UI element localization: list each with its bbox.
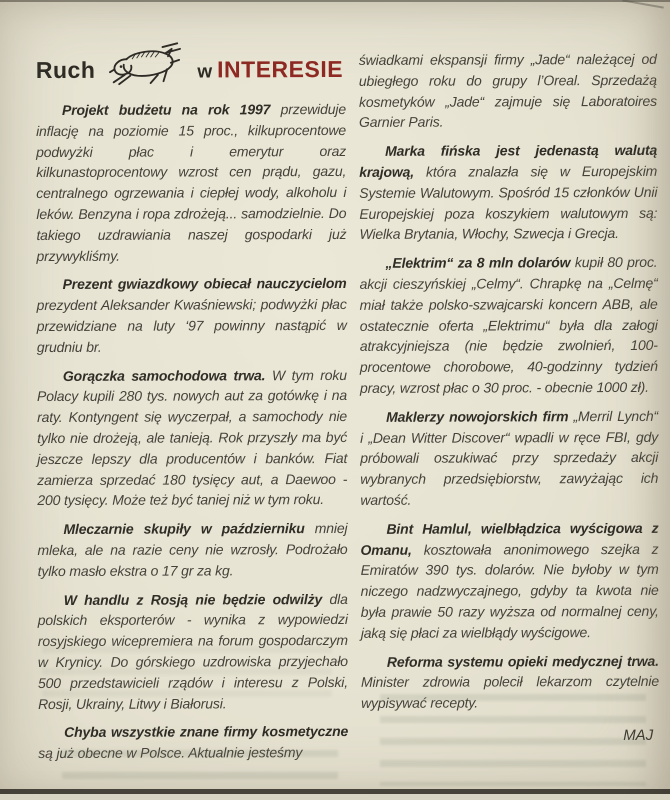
news-item-teachers: Prezent gwiazdkowy obiecał nauczycielom … xyxy=(37,273,347,357)
news-item-cosmetics: Chyba wszystkie znane firmy kosmetyczne … xyxy=(38,721,348,764)
news-item-body: kupił 80 proc. akcji cieszyńskiej „Celmy… xyxy=(360,254,658,396)
news-item-body: dla polskich eksporterów - wynika z wypo… xyxy=(38,590,348,711)
news-item-lead: W handlu z Rosją nie będzie odwilży xyxy=(64,591,322,608)
news-item-lead: Maklerzy nowojorskich firm xyxy=(386,408,568,425)
news-item-body: prezydent Aleksander Kwaśniewski; podwyż… xyxy=(37,296,347,355)
left-column: Ruch xyxy=(36,46,349,772)
news-item-lead: Chyba wszystkie znane firmy kosmetyczne xyxy=(64,723,348,740)
news-item-lead: Projekt budżetu na rok 1997 xyxy=(62,101,270,118)
news-item-elektrim: „Elektrim“ za 8 mln dolarów kupił 80 pro… xyxy=(359,252,658,399)
header-word-ruch: Ruch xyxy=(36,56,96,83)
header-word-group: w INTERESIE xyxy=(197,55,343,83)
scan-edge-top xyxy=(0,0,670,2)
news-item-lead: „Elektrim“ za 8 mln dolarów xyxy=(385,254,570,271)
news-item-body: Minister zdrowia polecił lekarzom czytel… xyxy=(361,673,659,711)
news-item-lead: Mleczarnie skupiły w październiku xyxy=(63,520,304,537)
scan-edge-bottom-strip xyxy=(0,794,670,800)
news-item-cars: Gorączka samochodowa trwa. W tym roku Po… xyxy=(37,365,348,512)
news-item-budget: Projekt budżetu na rok 1997 przewiduje i… xyxy=(36,99,347,266)
running-hare-icon xyxy=(104,40,188,93)
news-item-lead: Reforma systemu opieki medycznej trwa. xyxy=(387,652,659,669)
news-item-finnish-markka: Marka fińska jest jedenastą walutą krajo… xyxy=(359,140,657,245)
news-item-body: są już obecne w Polsce. Aktualnie jesteś… xyxy=(38,744,302,761)
news-item-body: przewiduje inflację na poziomie 15 proc.… xyxy=(36,101,346,264)
header-word-w: w xyxy=(197,61,212,83)
news-item-racing-camel: Bint Hamlul, wielbłądzica wyścigowa z Om… xyxy=(360,518,658,644)
news-item-health-reform: Reforma systemu opieki medycznej trwa. M… xyxy=(361,650,659,713)
news-item-brokers-fbi: Maklerzy nowojorskich firm „Merril Lynch… xyxy=(360,406,658,511)
section-header: Ruch xyxy=(36,46,346,93)
header-word-interesie: INTERESIE xyxy=(217,55,343,82)
news-item-body: świadkami ekspansji firmy „Jade“ należąc… xyxy=(359,51,657,130)
news-item-dairy: Mleczarnie skupiły w październiku mniej … xyxy=(37,518,347,581)
news-item-lead: Gorączka samochodowa trwa. xyxy=(63,367,266,384)
news-item-cosmetics-continued: świadkami ekspansji firmy „Jade“ należąc… xyxy=(359,49,657,133)
right-column: świadkami ekspansji firmy „Jade“ należąc… xyxy=(359,49,659,745)
news-item-body: W tym roku Polacy kupili 280 tys. nowych… xyxy=(37,367,347,509)
news-item-russia-trade: W handlu z Rosją nie będzie odwilży dla … xyxy=(38,588,348,714)
news-item-lead: Prezent gwiazdkowy obiecał nauczycielom xyxy=(63,275,347,292)
author-signature: MAJ xyxy=(361,727,659,745)
page-content: Ruch xyxy=(0,0,670,800)
scanned-magazine-page: { "header": { "title_word1": "Ruch", "ti… xyxy=(0,0,670,800)
